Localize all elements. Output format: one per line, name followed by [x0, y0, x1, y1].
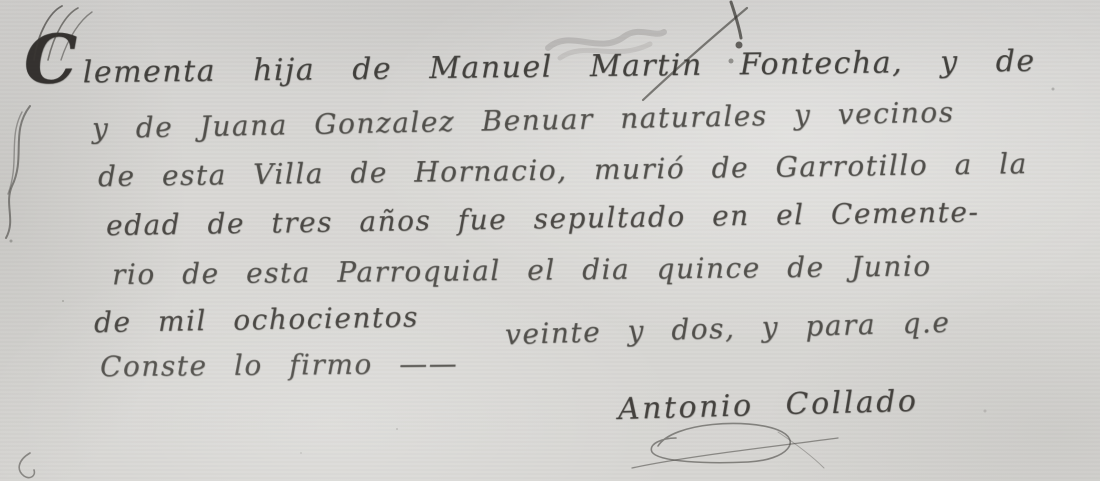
manuscript-line-6-continuation: veinte y dos, y para q.e [505, 306, 951, 351]
manuscript-line-5: rio de esta Parroquial el dia quince de … [112, 249, 932, 291]
bottom-corner-pen-mark [6, 452, 40, 481]
initial-flourish-mark [28, 2, 100, 62]
left-margin-flourish-mark [0, 102, 36, 242]
signature-rubric-mark [628, 416, 843, 476]
manuscript-line-3: de esta Villa de Hornacio, murió de Garr… [98, 147, 1028, 193]
manuscript-line-1: Clementa hija de Manuel Martin Fontecha,… [24, 44, 1036, 91]
ink-smudge-mark [540, 18, 670, 66]
manuscript-line-6: de mil ochocientos [94, 300, 419, 339]
paper-specks [0, 0, 2, 2]
manuscript-line-2: y de Juana Gonzalez Benuar naturales y v… [92, 95, 955, 145]
manuscript-line-4: edad de tres años fue sepultado en el Ce… [106, 195, 980, 242]
manuscript-line-7: Conste lo firmo —— [100, 347, 458, 383]
manuscript-scan: Clementa hija de Manuel Martin Fontecha,… [0, 0, 1100, 481]
